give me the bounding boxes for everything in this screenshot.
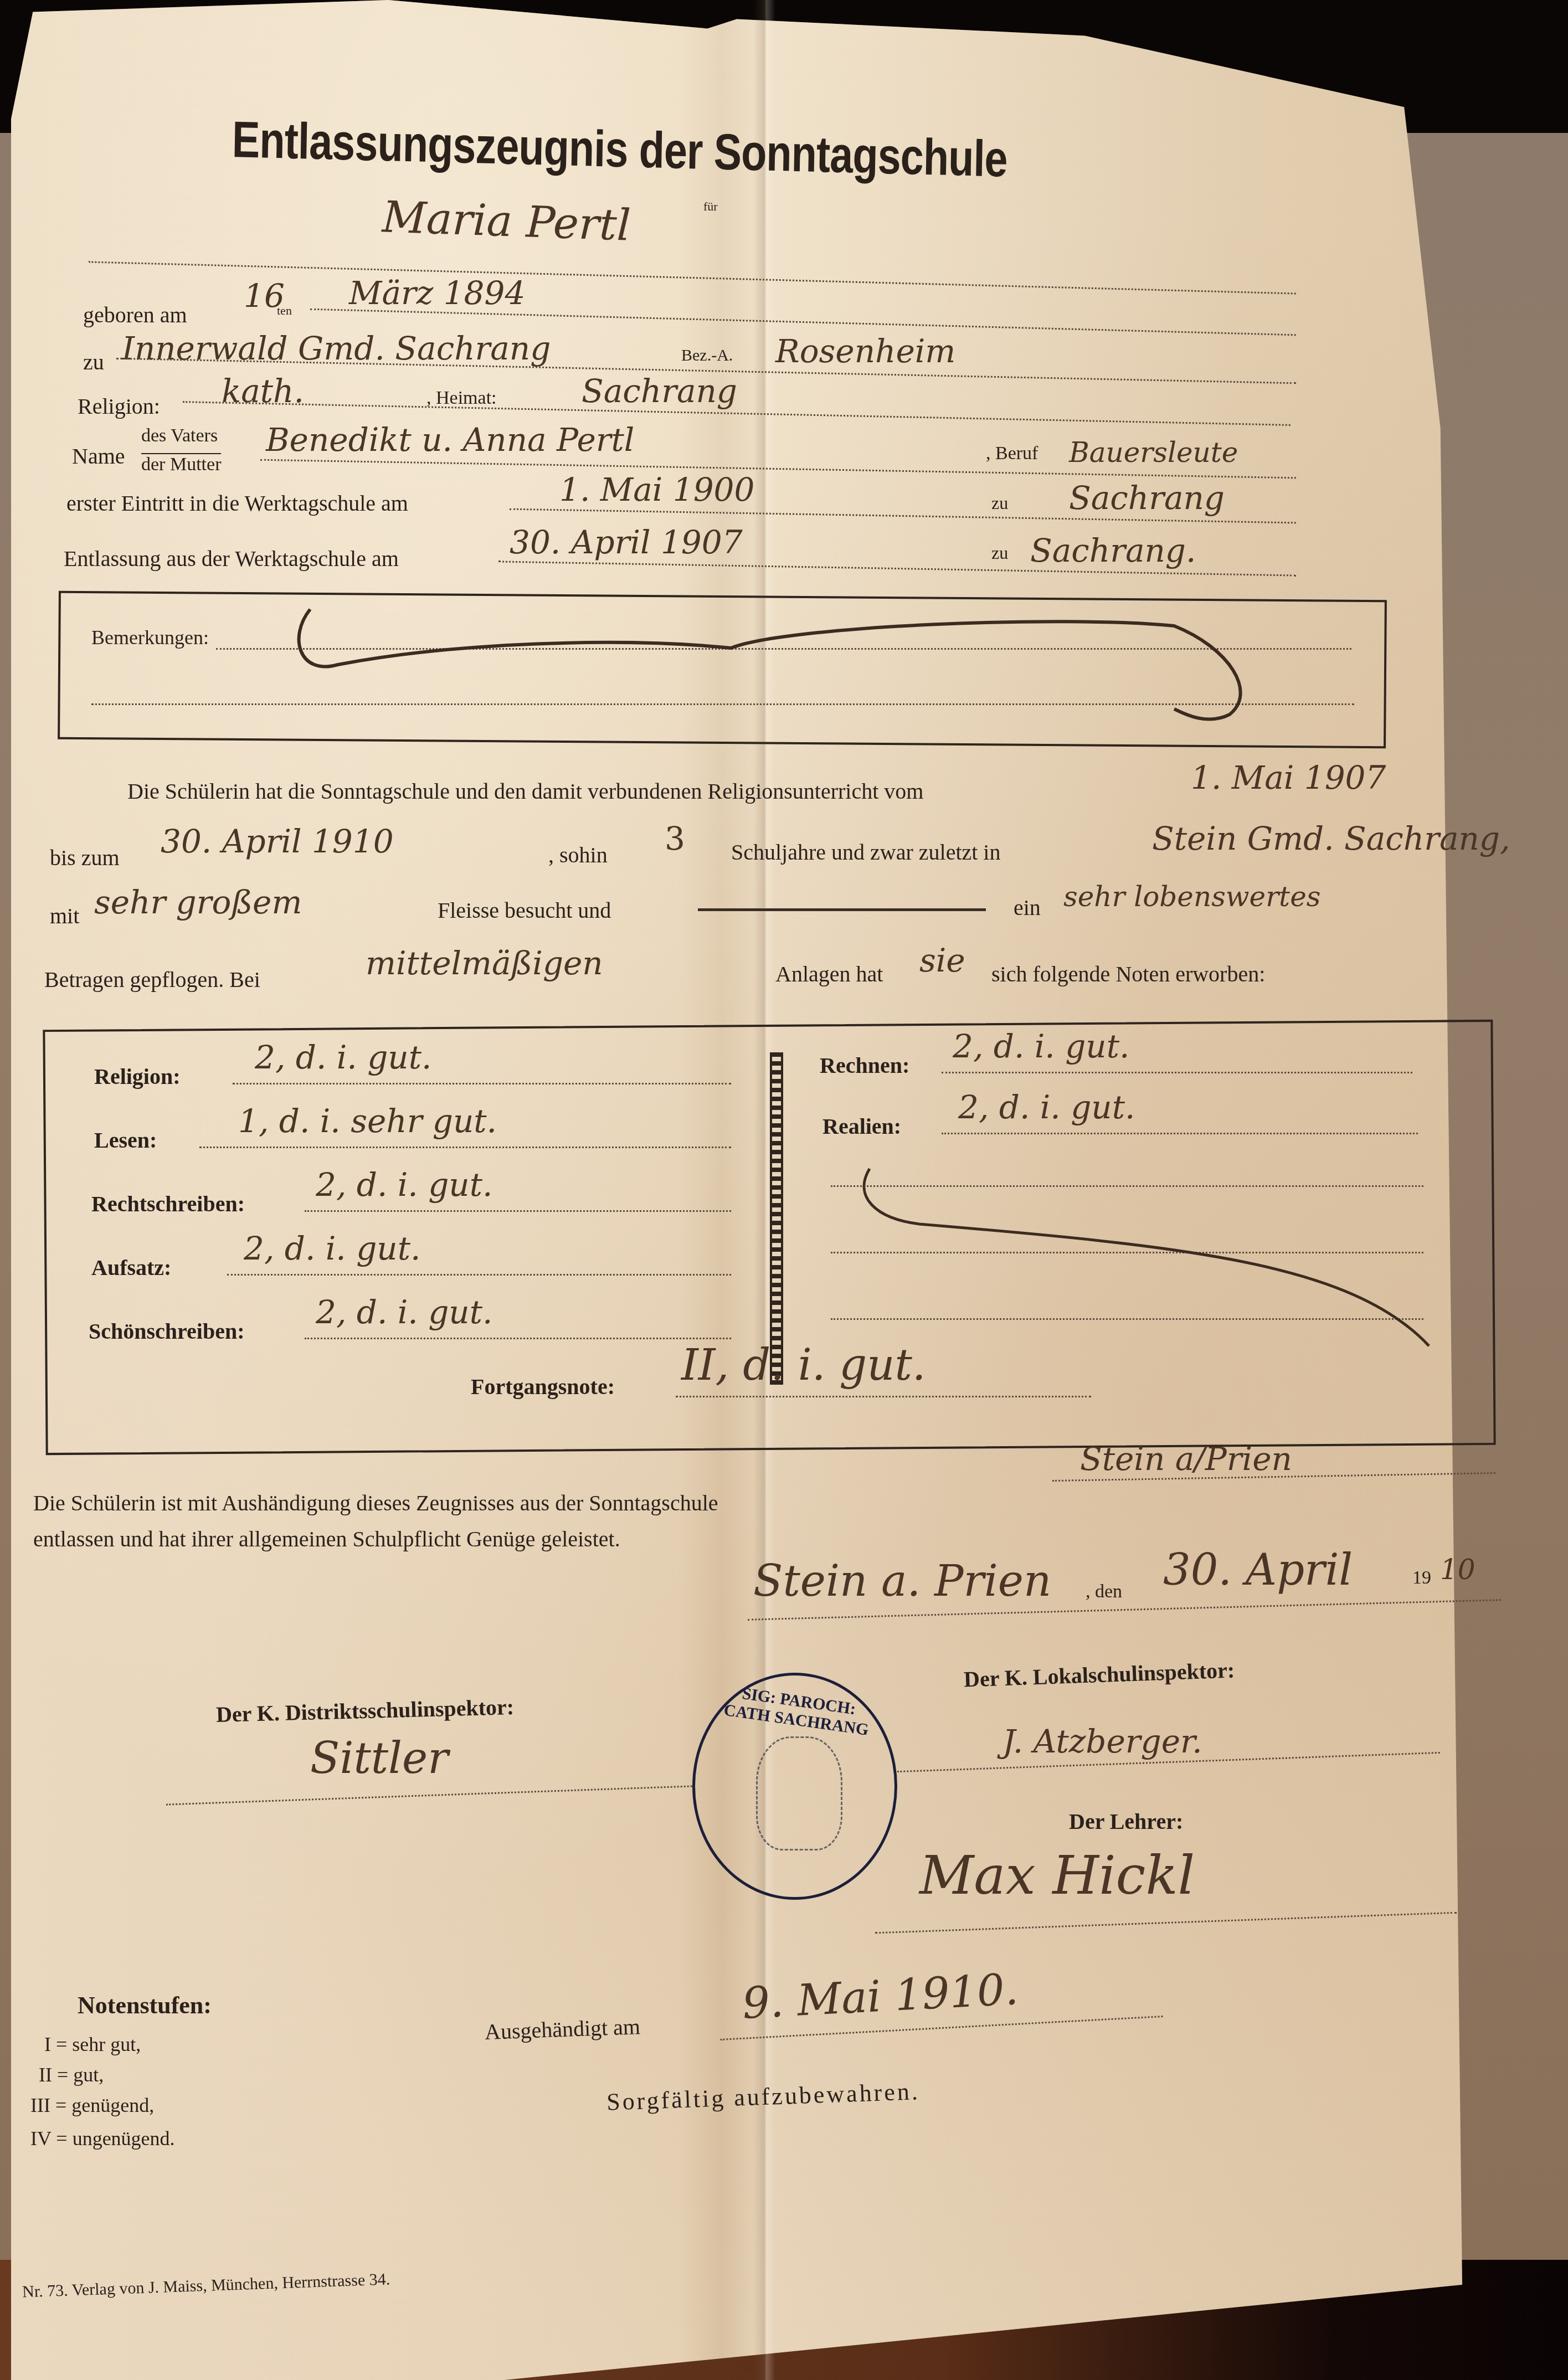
grades-strike-flourish: [853, 1163, 1451, 1351]
fortgangsnote-line: [676, 1396, 1091, 1397]
grade-subject: Realien:: [822, 1113, 901, 1139]
betragen-label: Betragen gepflogen. Bei: [44, 967, 260, 993]
grade-subject: Lesen:: [94, 1127, 157, 1153]
birthplace: Innerwald Gmd. Sachrang: [122, 330, 551, 367]
birth-month-year: März 1894: [349, 274, 525, 312]
bis-date: 30. April 1910: [161, 823, 394, 860]
bezirksamt: Rosenheim: [775, 332, 955, 370]
grade-subject: Religion:: [94, 1063, 181, 1089]
distrikt-signature: Sittler: [310, 1734, 448, 1783]
grade-subject: Rechnen:: [820, 1052, 909, 1078]
vom-date: 1. Mai 1907: [1191, 759, 1386, 796]
noten-label: sich folgende Noten erworben:: [991, 961, 1265, 987]
fuer-label: für: [703, 199, 718, 214]
fleisse-label: Fleisse besucht und: [438, 897, 611, 923]
beruf-value: Bauersleute: [1069, 436, 1238, 469]
closing-school: Stein a/Prien: [1080, 1440, 1292, 1478]
schuljahre-label: Schuljahre und zwar zuletzt in: [731, 839, 1000, 865]
lehrer-label: Der Lehrer:: [1069, 1808, 1183, 1834]
closing-date: 30. April: [1163, 1545, 1353, 1595]
ausgehaendigt-label: Ausgehändigt am: [484, 2013, 641, 2045]
grade-line: [942, 1072, 1412, 1073]
birth-day-suffix: ten: [277, 304, 292, 318]
grade-value: 2, d. i. gut.: [953, 1027, 1129, 1065]
grade-value: 2, d. i. gut.: [958, 1088, 1135, 1126]
grade-subject: Rechtschreiben:: [91, 1191, 245, 1217]
eintritt-zu-label: zu: [991, 493, 1008, 513]
eintritt-date: 1. Mai 1900: [559, 471, 754, 508]
heimat-value: Sachrang: [582, 372, 737, 410]
entlassung-date: 30. April 1907: [510, 523, 743, 561]
closing-year-prefix: 19: [1412, 1567, 1431, 1589]
notenstufen-title: Notenstufen:: [78, 1991, 212, 2019]
student-name: Maria Pertl: [382, 192, 631, 251]
eintritt-label: erster Eintritt in die Werktagschule am: [66, 490, 408, 516]
grade-line: [199, 1147, 731, 1148]
grade-line: [227, 1274, 731, 1276]
grade-line: [942, 1133, 1418, 1134]
name-label: Name: [72, 443, 125, 469]
fleiss-value: sehr großem: [94, 883, 302, 921]
schuljahre-count: 3: [665, 820, 685, 857]
closing-den-label: , den: [1086, 1581, 1122, 1602]
anlagen-label: Anlagen hat: [775, 961, 883, 987]
entlassung-zu-label: zu: [991, 543, 1008, 563]
closing-line-2: entlassen und hat ihrer allgemeinen Schu…: [33, 1526, 620, 1552]
grade-line: [305, 1210, 731, 1212]
closing-place: Stein a. Prien: [753, 1556, 1051, 1606]
closing-year-suffix: 10: [1440, 1554, 1476, 1586]
mutter-label: der Mutter: [141, 453, 221, 475]
lokal-signature: J. Atzberger.: [1003, 1723, 1202, 1760]
entlassung-label: Entlassung aus der Werktagschule am: [64, 546, 399, 572]
grades-divider: [770, 1052, 783, 1385]
geboren-label: geboren am: [83, 302, 187, 328]
bez-a-label: Bez.-A.: [681, 346, 733, 365]
grade-subject: Schönschreiben:: [89, 1318, 245, 1344]
entlassung-ort: Sachrang.: [1030, 532, 1196, 569]
fortgangsnote-value: II, d. i. gut.: [681, 1340, 926, 1390]
grade-line: [233, 1083, 731, 1084]
grade-value: 2, d. i. gut.: [255, 1039, 431, 1076]
paragraph-line-1: Die Schülerin hat die Sonntagschule und …: [127, 778, 923, 804]
parents-names: Benedikt u. Anna Pertl: [266, 421, 634, 459]
bemerkungen-strike-flourish: [288, 604, 1368, 731]
heimat-label: , Heimat:: [426, 388, 497, 409]
closing-line-1: Die Schülerin ist mit Aushändigung diese…: [33, 1490, 718, 1516]
bemerkungen-label: Bemerkungen:: [91, 626, 209, 649]
vaters-label: des Vaters: [141, 425, 218, 446]
grade-value: 2, d. i. gut.: [244, 1230, 420, 1267]
religion-label: Religion:: [78, 393, 160, 419]
mit-label: mit: [50, 903, 79, 929]
zuletzt-in: Stein Gmd. Sachrang,: [1152, 820, 1510, 857]
eintritt-ort: Sachrang: [1069, 479, 1225, 517]
pronoun-value: sie: [919, 942, 965, 979]
notenstufe-item: III = genügend,: [30, 2094, 154, 2117]
betragen-value: sehr lobenswertes: [1063, 881, 1320, 913]
zu-label: zu: [83, 349, 104, 375]
bis-label: bis zum: [50, 845, 120, 871]
notenstufe-item: II = gut,: [39, 2063, 104, 2086]
grade-line: [305, 1338, 731, 1339]
lehrer-signature: Max Hickl: [919, 1844, 1195, 1906]
notenstufe-item: IV = ungenügend.: [30, 2127, 175, 2150]
notenstufe-item: I = sehr gut,: [44, 2033, 141, 2056]
grade-value: 2, d. i. gut.: [316, 1166, 492, 1204]
beruf-label: , Beruf: [986, 443, 1038, 464]
fleisse-dash: [698, 908, 986, 911]
fortgangsnote-label: Fortgangsnote:: [471, 1374, 615, 1400]
sohin-label: , sohin: [548, 842, 608, 868]
grade-value: 1, d. i. sehr gut.: [238, 1102, 497, 1140]
parish-seal-stamp: SIG: PAROCH: CATH SACHRANG: [692, 1673, 897, 1900]
grade-value: 2, d. i. gut.: [316, 1293, 492, 1331]
anlagen-value: mittelmäßigen: [366, 944, 603, 982]
ein-label: ein: [1014, 895, 1041, 921]
stamp-angel-figure-icon: [756, 1736, 842, 1850]
grade-subject: Aufsatz:: [91, 1255, 171, 1281]
